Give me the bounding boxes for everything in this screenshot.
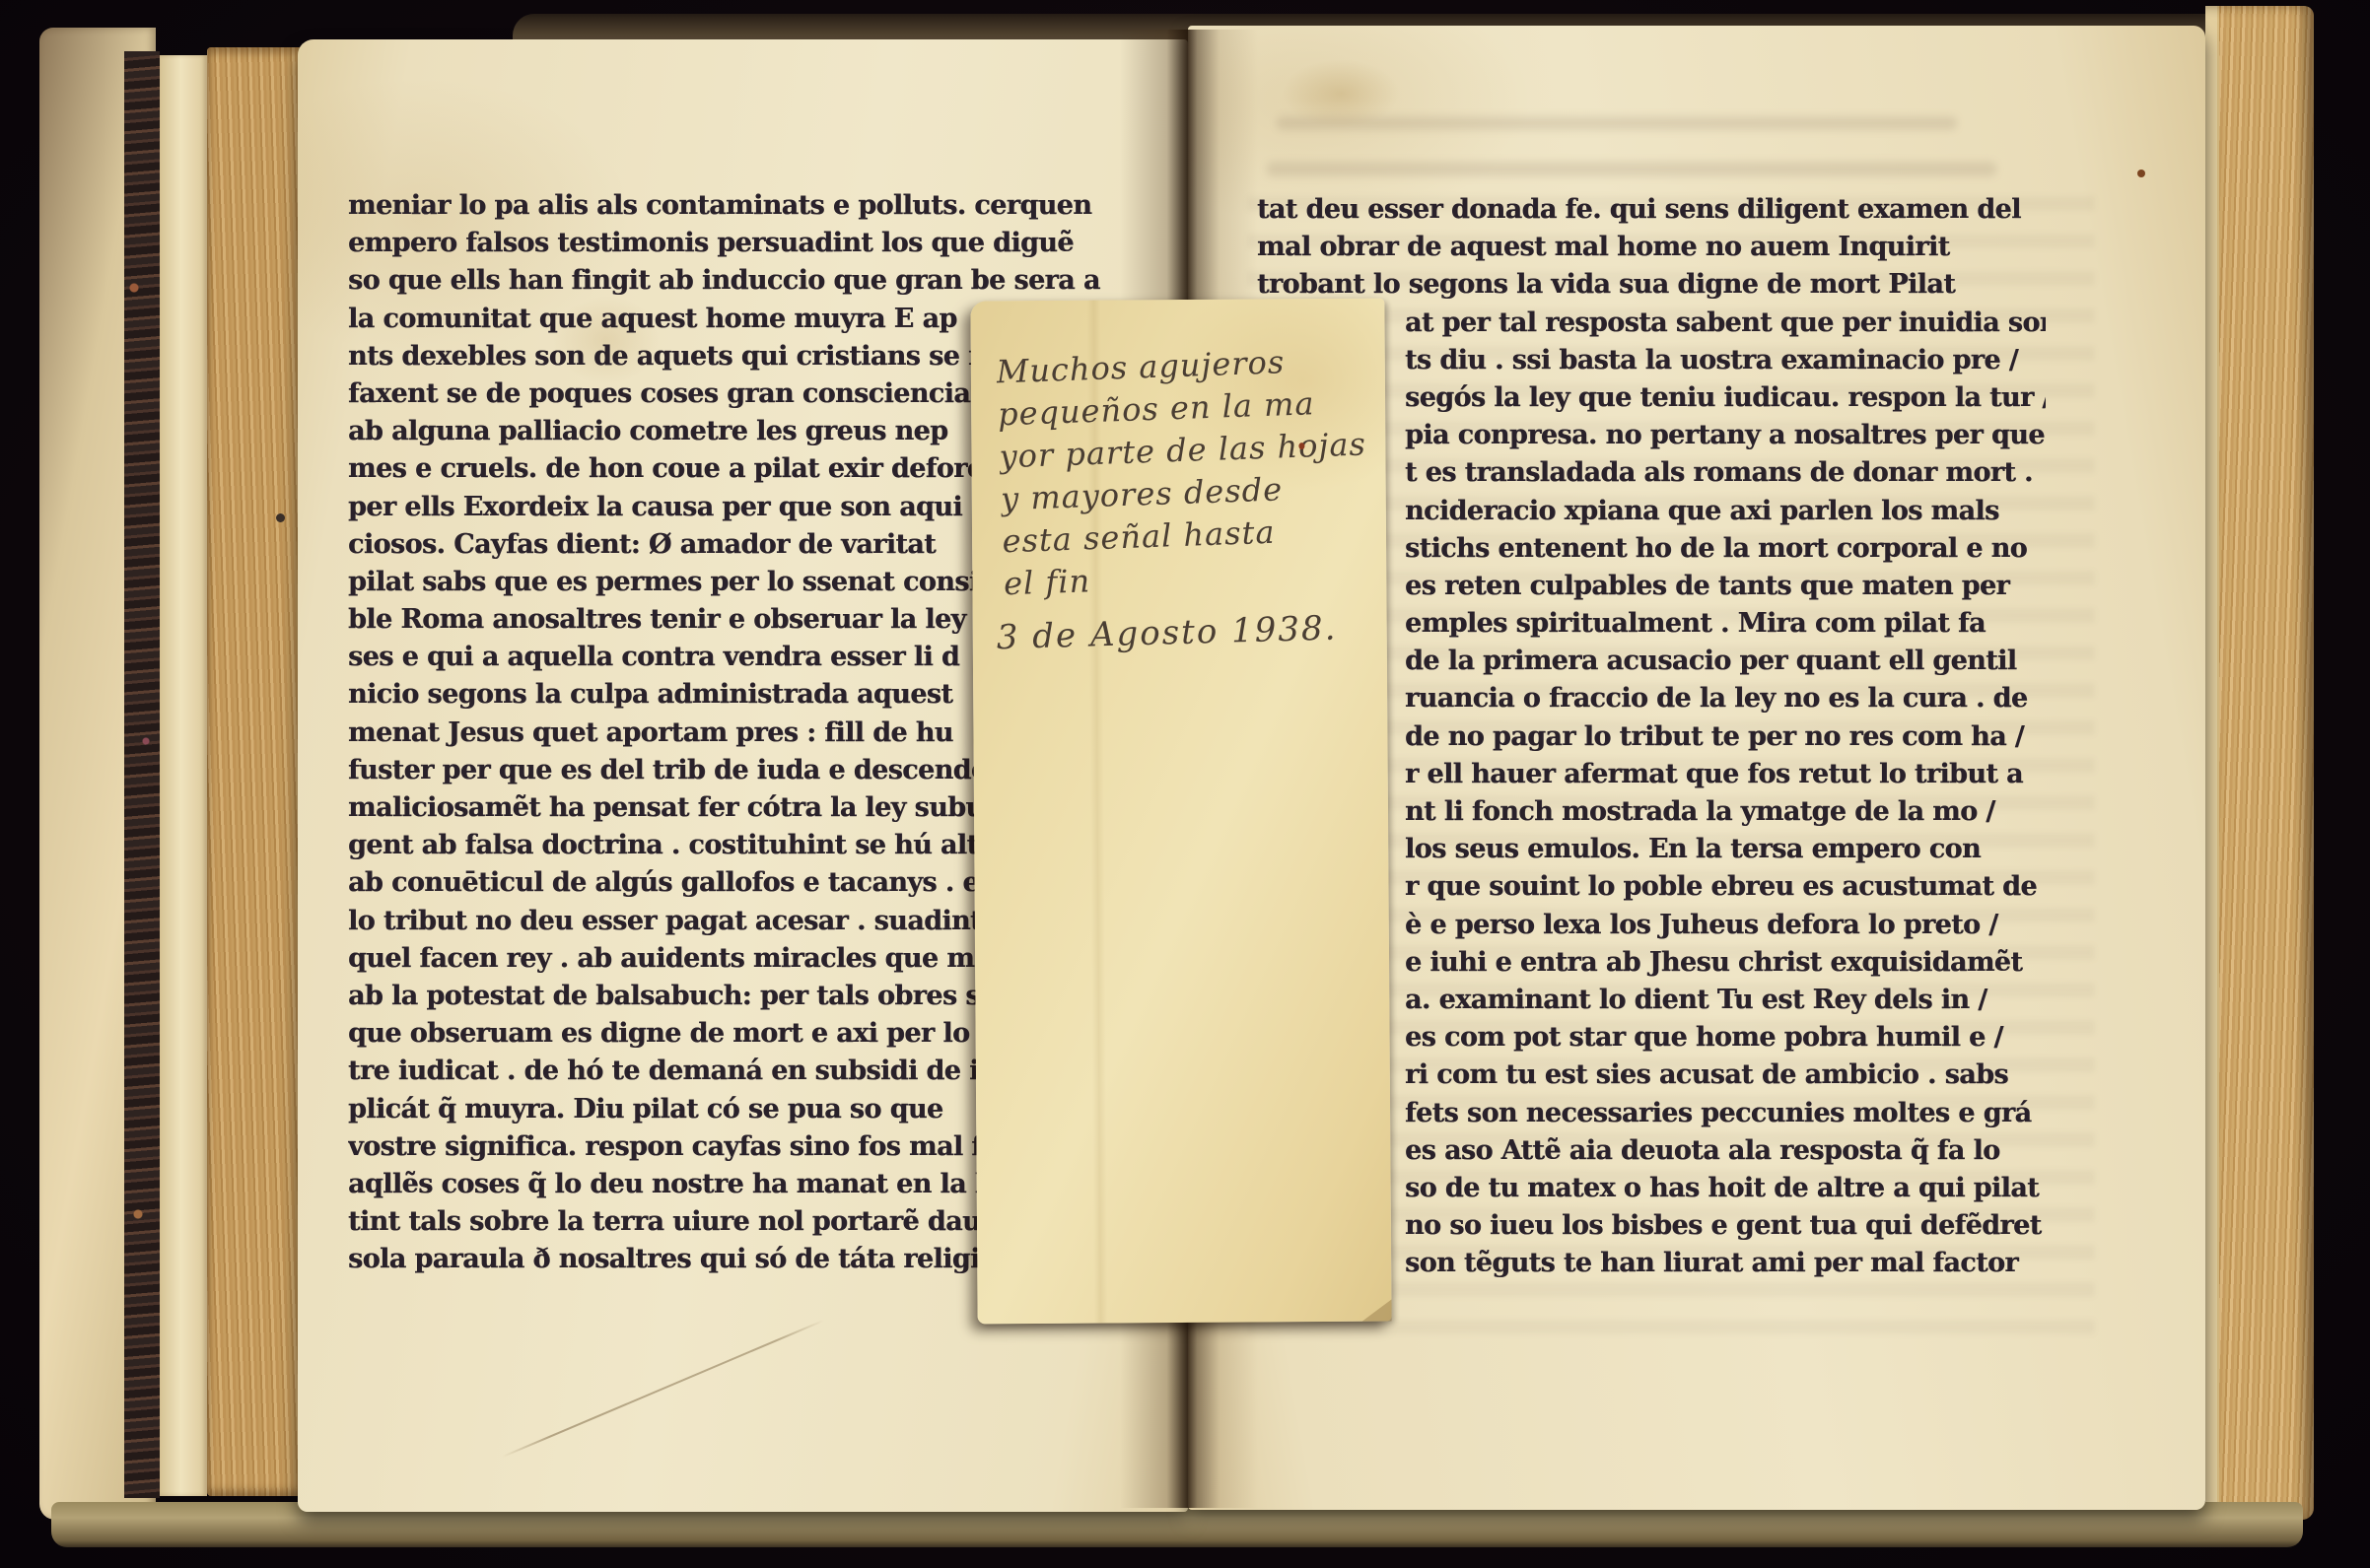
ink-speck (276, 513, 285, 522)
left-page-fore-edge (207, 47, 306, 1496)
note-text-lines: Muchos agujerospequeños en la mayor part… (966, 293, 1390, 606)
handwritten-note: Muchos agujerospequeños en la mayor part… (970, 299, 1391, 1325)
text-line: so que ells han fingit ab induccio que g… (348, 262, 1156, 300)
endpaper-edge (160, 55, 207, 1496)
note-date: 3 de Agosto 1938. (972, 607, 1387, 658)
bleedthrough-line (1267, 162, 1996, 176)
right-page-fore-edge (2205, 6, 2314, 1520)
text-line: empero falsos testimonis persuadint los … (348, 225, 1156, 262)
open-book-photo: meniar lo pa alis als contaminats e poll… (0, 0, 2370, 1568)
note-speck (1298, 443, 1304, 449)
stain-speck (2137, 170, 2145, 177)
marbled-edge-strip (124, 51, 160, 1498)
text-line: tat deu esser donada fe. qui sens dilige… (1257, 191, 2046, 229)
stain-spot (1282, 59, 1400, 128)
text-line: meniar lo pa alis als contaminats e poll… (348, 187, 1156, 225)
note-corner-fold (1361, 1300, 1391, 1322)
text-line: mal obrar de aquest mal home no auem Inq… (1257, 229, 2046, 266)
